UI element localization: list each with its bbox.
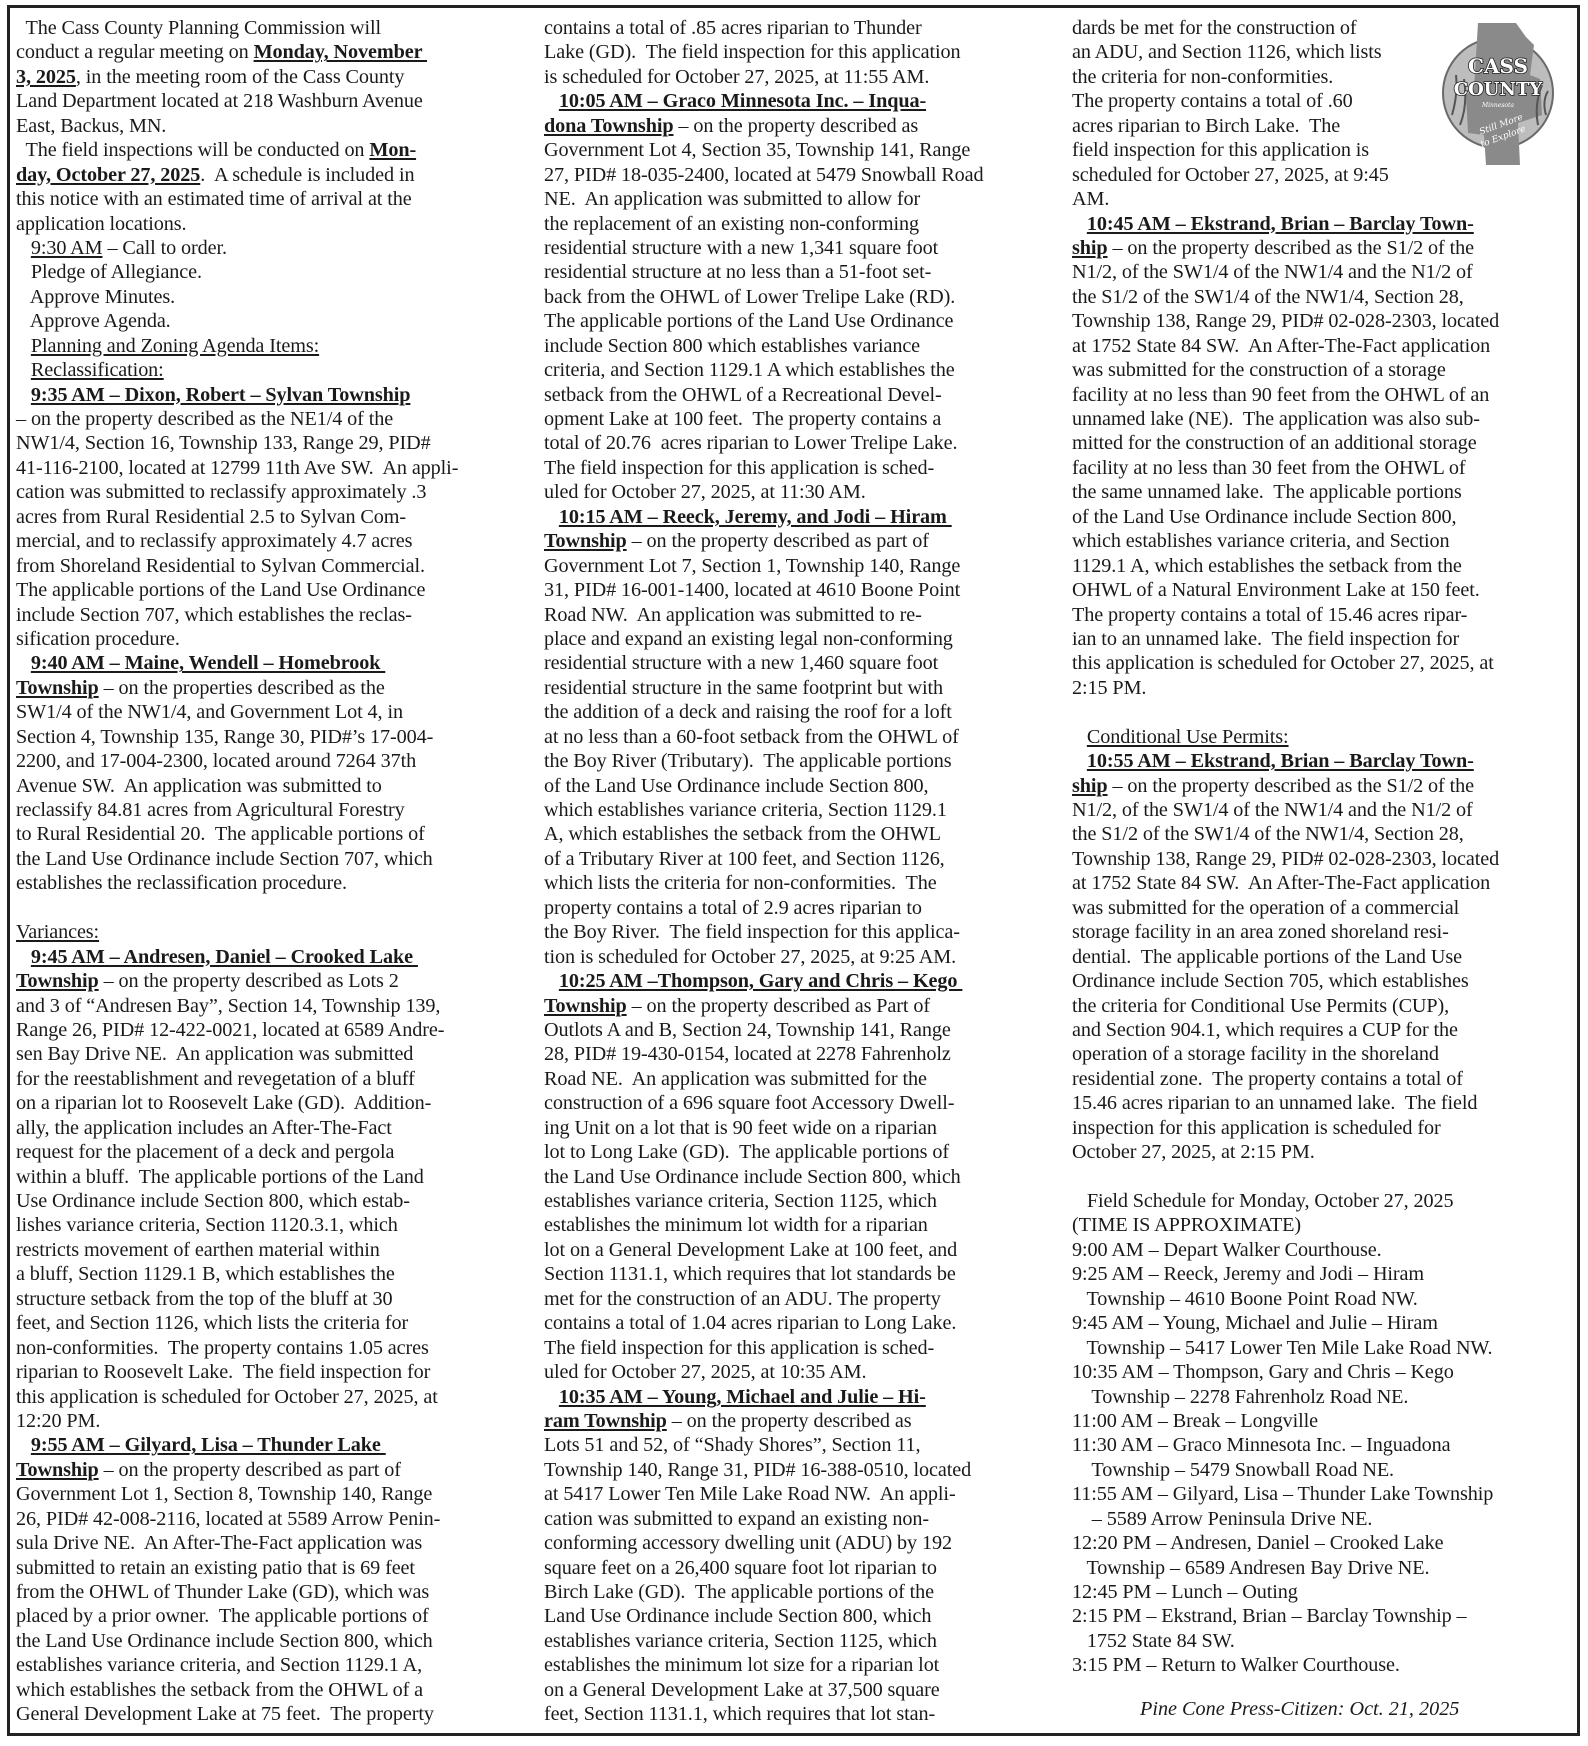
text-line: within a bluff. The applicable portions … [16, 1165, 532, 1189]
text-line: The field inspections will be conducted … [16, 138, 532, 162]
body-text [544, 90, 559, 112]
text-line: A, which establishes the setback from th… [544, 822, 1056, 846]
text-line: 11:30 AM – Graco Minnesota Inc. – Inguad… [1072, 1433, 1578, 1457]
text-line: 9:45 AM – Young, Michael and Julie – Hir… [1072, 1311, 1578, 1335]
body-text: SW1/4 of the NW1/4, and Government Lot 4… [16, 701, 403, 723]
body-text: – 5589 Arrow Peninsula Drive NE. [1072, 1508, 1372, 1530]
body-text: for the reestablishment and revegetation… [16, 1068, 415, 1090]
body-text: cation was submitted to reclassify appro… [16, 481, 426, 503]
text-line: the criteria for Conditional Use Permits… [1072, 994, 1578, 1018]
text-line: mitted for the construction of an additi… [1072, 431, 1578, 455]
body-text: which establishes variance criteria, and… [1072, 530, 1450, 552]
column-2: contains a total of .85 acres riparian t… [544, 16, 1056, 1727]
body-text: this notice with an estimated time of ar… [16, 188, 412, 210]
body-text: 9:25 AM – Reeck, Jeremy and Jodi – Hiram [1072, 1263, 1424, 1285]
text-line: a bluff, Section 1129.1 B, which establi… [16, 1262, 532, 1286]
body-text [16, 384, 31, 406]
text-line: Range 26, PID# 12-422-0021, located at 6… [16, 1018, 532, 1042]
body-text: Government Lot 4, Section 35, Township 1… [544, 139, 970, 161]
body-text: dential. The applicable portions of the … [1072, 946, 1462, 968]
agenda-item-heading: Monday, November [254, 41, 427, 63]
section-heading: 9:30 AM [31, 237, 103, 259]
body-text: – on the property described as the S1/2 … [1108, 237, 1474, 259]
text-line: 10:25 AM –Thompson, Gary and Chris – Keg… [544, 969, 1056, 993]
text-line: (TIME IS APPROXIMATE) [1072, 1213, 1578, 1237]
body-text: – on the properties described as the [99, 677, 385, 699]
body-text: sen Bay Drive NE. An application was sub… [16, 1043, 413, 1065]
body-text: on a riparian lot to Roosevelt Lake (GD)… [16, 1092, 431, 1114]
body-text: ian to an unnamed lake. The field inspec… [1072, 628, 1459, 650]
agenda-item-heading: Township [544, 995, 627, 1017]
body-text: The applicable portions of the Land Use … [16, 579, 425, 601]
body-text: 12:45 PM – Lunch – Outing [1072, 1581, 1298, 1603]
text-line: establishes the minimum lot width for a … [544, 1213, 1056, 1237]
body-text: (TIME IS APPROXIMATE) [1072, 1214, 1301, 1236]
agenda-item-heading: 9:55 AM – Gilyard, Lisa – Thunder Lake [31, 1434, 386, 1456]
body-text: – on the property described as Lots 2 [99, 970, 399, 992]
body-text: facility at no less than 90 feet from th… [1072, 384, 1489, 406]
text-line: ing Unit on a lot that is 90 feet wide o… [544, 1116, 1056, 1140]
agenda-item-heading: 9:45 AM – Andresen, Daniel – Crooked Lak… [31, 946, 418, 968]
text-line: for the reestablishment and revegetation… [16, 1067, 532, 1091]
text-line: back from the OHWL of Lower Trelipe Lake… [544, 285, 1056, 309]
body-text: include Section 707, which establishes t… [16, 604, 412, 626]
text-line: ian to an unnamed lake. The field inspec… [1072, 627, 1578, 651]
agenda-item-heading: 9:40 AM – Maine, Wendell – Homebrook [31, 652, 385, 674]
svg-text:COUNTY: COUNTY [1454, 79, 1544, 100]
body-text: Township 140, Range 31, PID# 16-388-0510… [544, 1459, 971, 1481]
text-line: day, October 27, 2025. A schedule is inc… [16, 163, 532, 187]
body-text: 11:30 AM – Graco Minnesota Inc. – Inguad… [1072, 1434, 1450, 1456]
body-text: a bluff, Section 1129.1 B, which establi… [16, 1263, 395, 1285]
text-line: 41-116-2100, located at 12799 11th Ave S… [16, 456, 532, 480]
text-line: construction of a 696 square foot Access… [544, 1091, 1056, 1115]
text-line: 1752 State 84 SW. [1072, 1629, 1578, 1653]
body-text: 9:45 AM – Young, Michael and Julie – Hir… [1072, 1312, 1438, 1334]
body-text: The property contains a total of .60 [1072, 90, 1353, 112]
agenda-item-heading: ship [1072, 775, 1108, 797]
text-line: inspection for this application is sched… [1072, 1116, 1578, 1140]
body-text: the S1/2 of the SW1/4 of the NW1/4, Sect… [1072, 823, 1464, 845]
agenda-item-heading: ship [1072, 237, 1108, 259]
text-line: which establishes the setback from the O… [16, 1678, 532, 1702]
text-line: Township – on the properties described a… [16, 676, 532, 700]
body-text: NW1/4, Section 16, Township 133, Range 2… [16, 432, 431, 454]
text-line: Government Lot 4, Section 35, Township 1… [544, 138, 1056, 162]
agenda-item-heading: Mon- [369, 139, 416, 161]
body-text: – on the property described as [673, 115, 918, 137]
text-line: Ordinance include Section 705, which est… [1072, 969, 1578, 993]
text-line: Avenue SW. An application was submitted … [16, 774, 532, 798]
body-text: 41-116-2100, located at 12799 11th Ave S… [16, 457, 458, 479]
text-line: at 1752 State 84 SW. An After-The-Fact a… [1072, 334, 1578, 358]
publication-credit: Pine Cone Press-Citizen: Oct. 21, 2025 [1140, 1697, 1459, 1721]
body-text: 10:35 AM – Thompson, Gary and Chris – Ke… [1072, 1361, 1454, 1383]
text-line: Use Ordinance include Section 800, which… [16, 1189, 532, 1213]
text-line: 9:55 AM – Gilyard, Lisa – Thunder Lake [16, 1433, 532, 1457]
agenda-item-heading: Township [16, 970, 99, 992]
body-text: A, which establishes the setback from th… [544, 823, 941, 845]
text-line: 3:15 PM – Return to Walker Courthouse. [1072, 1653, 1578, 1677]
text-line: SW1/4 of the NW1/4, and Government Lot 4… [16, 700, 532, 724]
text-line: Land Department located at 218 Washburn … [16, 89, 532, 113]
text-line: Township 138, Range 29, PID# 02-028-2303… [1072, 309, 1578, 333]
text-line: this application is scheduled for Octobe… [1072, 651, 1578, 675]
text-line: residential structure at no less than a … [544, 260, 1056, 284]
text-line: feet, Section 1131.1, which requires tha… [544, 1702, 1056, 1726]
body-text: the same unnamed lake. The applicable po… [1072, 481, 1462, 503]
body-text: 28, PID# 19-430-0154, located at 2278 Fa… [544, 1043, 951, 1065]
text-line: OHWL of a Natural Environment Lake at 15… [1072, 578, 1578, 602]
text-line: which establishes variance criteria, and… [1072, 529, 1578, 553]
text-line: 11:55 AM – Gilyard, Lisa – Thunder Lake … [1072, 1482, 1578, 1506]
text-line: 10:55 AM – Ekstrand, Brian – Barclay Tow… [1072, 749, 1578, 773]
text-line: Land Use Ordinance include Section 800, … [544, 1604, 1056, 1628]
text-line: establishes variance criteria, and Secti… [16, 1653, 532, 1677]
body-text: which lists the criteria for non-conform… [544, 872, 937, 894]
body-text: facility at no less than 30 feet from th… [1072, 457, 1466, 479]
text-line: establishes variance criteria, Section 1… [544, 1189, 1056, 1213]
text-line: the Boy River (Tributary). The applicabl… [544, 749, 1056, 773]
text-line: The Cass County Planning Commission will [16, 16, 532, 40]
body-text: Township – 5417 Lower Ten Mile Lake Road… [1072, 1337, 1492, 1359]
body-text [1072, 750, 1087, 772]
body-text: non-conformities. The property contains … [16, 1337, 429, 1359]
body-text: was submitted for the operation of a com… [1072, 897, 1459, 919]
body-text: Approve Agenda. [16, 310, 171, 332]
body-text: 2:15 PM. [1072, 677, 1146, 699]
text-line: storage facility in an area zoned shorel… [1072, 920, 1578, 944]
body-text: of the Land Use Ordinance include Sectio… [544, 775, 928, 797]
text-line: Approve Agenda. [16, 309, 532, 333]
text-line: 9:35 AM – Dixon, Robert – Sylvan Townshi… [16, 383, 532, 407]
body-text: reclassify 84.81 acres from Agricultural… [16, 799, 405, 821]
body-text: square feet on a 26,400 square foot lot … [544, 1557, 937, 1579]
text-line: opment Lake at 100 feet. The property co… [544, 407, 1056, 431]
body-text [544, 1386, 559, 1408]
body-text: operation of a storage facility in the s… [1072, 1043, 1439, 1065]
body-text [544, 506, 559, 528]
body-text: met for the construction of an ADU. The … [544, 1288, 941, 1310]
body-text: cation was submitted to expand an existi… [544, 1508, 929, 1530]
text-line: riparian to Roosevelt Lake. The field in… [16, 1360, 532, 1384]
body-text: lot to Long Lake (GD). The applicable po… [544, 1141, 949, 1163]
text-line: 3, 2025, in the meeting room of the Cass… [16, 65, 532, 89]
body-text: The field inspection for this applicatio… [544, 1337, 934, 1359]
body-text: an ADU, and Section 1126, which lists [1072, 41, 1382, 63]
body-text: unnamed lake (NE). The application was a… [1072, 408, 1480, 430]
text-line: cation was submitted to expand an existi… [544, 1507, 1056, 1531]
body-text: property contains a total of 2.9 acres r… [544, 897, 922, 919]
text-line: The applicable portions of the Land Use … [16, 578, 532, 602]
text-line: operation of a storage facility in the s… [1072, 1042, 1578, 1066]
body-text: contains a total of .85 acres riparian t… [544, 17, 922, 39]
body-text: The Cass County Planning Commission will [16, 17, 381, 39]
agenda-item-heading: 9:35 AM – Dixon, Robert – Sylvan Townshi… [31, 384, 411, 406]
body-text: establishes the minimum lot size for a r… [544, 1654, 939, 1676]
text-line: the S1/2 of the SW1/4 of the NW1/4, Sect… [1072, 285, 1578, 309]
text-line: Planning and Zoning Agenda Items: [16, 334, 532, 358]
body-text [16, 946, 31, 968]
agenda-item-heading: 3, 2025 [16, 66, 76, 88]
text-line: 10:05 AM – Graco Minnesota Inc. – Inqua- [544, 89, 1056, 113]
text-line: at 1752 State 84 SW. An After-The-Fact a… [1072, 871, 1578, 895]
body-text [16, 359, 31, 381]
text-line: Pledge of Allegiance. [16, 260, 532, 284]
text-line: contains a total of .85 acres riparian t… [544, 16, 1056, 40]
text-line: Conditional Use Permits: [1072, 725, 1578, 749]
body-text: is scheduled for October 27, 2025, at 11… [544, 66, 929, 88]
body-text: the Boy River (Tributary). The applicabl… [544, 750, 952, 772]
body-text: and Section 904.1, which requires a CUP … [1072, 1019, 1458, 1041]
body-text: lishes variance criteria, Section 1120.3… [16, 1214, 398, 1236]
body-text: acres riparian to Birch Lake. The [1072, 115, 1340, 137]
text-line: uled for October 27, 2025, at 11:30 AM. [544, 480, 1056, 504]
body-text: ing Unit on a lot that is 90 feet wide o… [544, 1117, 937, 1139]
body-text: Township – 5479 Snowball Road NE. [1072, 1459, 1394, 1481]
body-text: residential zone. The property contains … [1072, 1068, 1463, 1090]
text-line: tion is scheduled for October 27, 2025, … [544, 945, 1056, 969]
text-line: on a General Development Lake at 37,500 … [544, 1678, 1056, 1702]
text-line: place and expand an existing legal non-c… [544, 627, 1056, 651]
body-text: at 1752 State 84 SW. An After-The-Fact a… [1072, 872, 1490, 894]
body-text: scheduled for October 27, 2025, at 9:45 [1072, 164, 1389, 186]
text-line: criteria, and Section 1129.1 A which est… [544, 358, 1056, 382]
body-text: conforming accessory dwelling unit (ADU)… [544, 1532, 952, 1554]
body-text: the Land Use Ordinance include Section 8… [16, 1630, 433, 1652]
text-line: of a Tributary River at 100 feet, and Se… [544, 847, 1056, 871]
body-text: the replacement of an existing non-confo… [544, 213, 919, 235]
body-text: at 1752 State 84 SW. An After-The-Fact a… [1072, 335, 1490, 357]
body-text: The field inspection for this applicatio… [544, 457, 934, 479]
text-line: and Section 904.1, which requires a CUP … [1072, 1018, 1578, 1042]
body-text: General Development Lake at 75 feet. The… [16, 1703, 434, 1725]
body-text: the Boy River. The field inspection for … [544, 921, 960, 943]
agenda-item-heading: 10:15 AM – Reeck, Jeremy, and Jodi – Hir… [559, 506, 952, 528]
text-line: include Section 707, which establishes t… [16, 603, 532, 627]
text-line: include Section 800 which establishes va… [544, 334, 1056, 358]
body-text: – on the property described as part of [99, 1459, 401, 1481]
body-text: to Rural Residential 20. The applicable … [16, 823, 425, 845]
body-text: setback from the OHWL of a Recreational … [544, 384, 942, 406]
text-line: submitted to retain an existing patio th… [16, 1556, 532, 1580]
text-line: N1/2, of the SW1/4 of the NW1/4 and the … [1072, 798, 1578, 822]
body-text: , in the meeting room of the Cass County [76, 66, 405, 88]
text-line: Township – 5479 Snowball Road NE. [1072, 1458, 1578, 1482]
text-line: 27, PID# 18-035-2400, located at 5479 Sn… [544, 163, 1056, 187]
text-line: on a riparian lot to Roosevelt Lake (GD)… [16, 1091, 532, 1115]
text-line: setback from the OHWL of a Recreational … [544, 383, 1056, 407]
body-text: criteria, and Section 1129.1 A which est… [544, 359, 955, 381]
text-line: facility at no less than 30 feet from th… [1072, 456, 1578, 480]
body-text: was submitted for the construction of a … [1072, 359, 1446, 381]
body-text: inspection for this application is sched… [1072, 1117, 1441, 1139]
body-text: on a General Development Lake at 37,500 … [544, 1679, 940, 1701]
text-line: 12:20 PM. [16, 1409, 532, 1433]
body-text: Section 1131.1, which requires that lot … [544, 1263, 956, 1285]
text-line: 10:35 AM – Young, Michael and Julie – Hi… [544, 1385, 1056, 1409]
body-text: Approve Minutes. [16, 286, 175, 308]
text-line: structure setback from the top of the bl… [16, 1287, 532, 1311]
body-text: application locations. [16, 213, 186, 235]
text-line: 26, PID# 42-008-2116, located at 5589 Ar… [16, 1507, 532, 1531]
body-text: establishes variance criteria, Section 1… [544, 1630, 937, 1652]
body-text: establishes the minimum lot width for a … [544, 1214, 928, 1236]
text-line: Approve Minutes. [16, 285, 532, 309]
body-text: – on the property described as Part of [627, 995, 930, 1017]
body-text [16, 237, 31, 259]
text-line: at no less than a 60-foot setback from t… [544, 725, 1056, 749]
text-line: Township – on the property described as … [16, 969, 532, 993]
text-line: was submitted for the construction of a … [1072, 358, 1578, 382]
section-heading: Variances: [16, 921, 99, 943]
body-text: which establishes the setback from the O… [16, 1679, 423, 1701]
body-text: – on the property described as [667, 1410, 912, 1432]
body-text: N1/2, of the SW1/4 of the NW1/4 and the … [1072, 799, 1473, 821]
body-text: Avenue SW. An application was submitted … [16, 775, 382, 797]
agenda-item-heading: 10:45 AM – Ekstrand, Brian – Barclay Tow… [1087, 213, 1474, 235]
body-text [16, 1434, 31, 1456]
body-text: at 5417 Lower Ten Mile Lake Road NW. An … [544, 1483, 956, 1505]
body-text: – on the property described as part of [627, 530, 929, 552]
text-line: 12:45 PM – Lunch – Outing [1072, 1580, 1578, 1604]
text-line: sen Bay Drive NE. An application was sub… [16, 1042, 532, 1066]
body-text: 12:20 PM. [16, 1410, 100, 1432]
body-text: OHWL of a Natural Environment Lake at 15… [1072, 579, 1480, 601]
text-line: the addition of a deck and raising the r… [544, 700, 1056, 724]
body-text: placed by a prior owner. The applicable … [16, 1605, 429, 1627]
text-line: Section 1131.1, which requires that lot … [544, 1262, 1056, 1286]
body-text: Use Ordinance include Section 800, which… [16, 1190, 410, 1212]
body-text: from Shoreland Residential to Sylvan Com… [16, 555, 425, 577]
text-line: 2:15 PM – Ekstrand, Brian – Barclay Town… [1072, 1604, 1578, 1628]
body-text: contains a total of 1.04 acres riparian … [544, 1312, 956, 1334]
body-text: field inspection for this application is [1072, 139, 1369, 161]
text-line: Lots 51 and 52, of “Shady Shores”, Secti… [544, 1433, 1056, 1457]
text-line: which lists the criteria for non-conform… [544, 871, 1056, 895]
body-text: Land Department located at 218 Washburn … [16, 90, 423, 112]
body-text: of a Tributary River at 100 feet, and Se… [544, 848, 945, 870]
body-text: request for the placement of a deck and … [16, 1141, 394, 1163]
text-line: the replacement of an existing non-confo… [544, 212, 1056, 236]
body-text: October 27, 2025, at 2:15 PM. [1072, 1141, 1315, 1163]
agenda-item-heading: Township [16, 677, 99, 699]
body-text: back from the OHWL of Lower Trelipe Lake… [544, 286, 955, 308]
body-text: feet, Section 1131.1, which requires tha… [544, 1703, 935, 1725]
svg-text:Minnesota: Minnesota [1481, 102, 1514, 109]
text-line: facility at no less than 90 feet from th… [1072, 383, 1578, 407]
text-line: request for the placement of a deck and … [16, 1140, 532, 1164]
body-text: this application is scheduled for Octobe… [16, 1386, 438, 1408]
agenda-item-heading: Township [544, 530, 627, 552]
body-text: The property contains a total of 15.46 a… [1072, 604, 1467, 626]
text-line: reclassify 84.81 acres from Agricultural… [16, 798, 532, 822]
text-line: 10:35 AM – Thompson, Gary and Chris – Ke… [1072, 1360, 1578, 1384]
body-text: 1129.1 A, which establishes the setback … [1072, 555, 1462, 577]
text-line: dential. The applicable portions of the … [1072, 945, 1578, 969]
body-text: at no less than a 60-foot setback from t… [544, 726, 959, 748]
text-line: the Land Use Ordinance include Section 8… [544, 1165, 1056, 1189]
text-line: The field inspection for this applicatio… [544, 1336, 1056, 1360]
text-line: unnamed lake (NE). The application was a… [1072, 407, 1578, 431]
body-text: 27, PID# 18-035-2400, located at 5479 Sn… [544, 164, 984, 186]
body-text: establishes the reclassification procedu… [16, 872, 347, 894]
text-line: – 5589 Arrow Peninsula Drive NE. [1072, 1507, 1578, 1531]
body-text: 1752 State 84 SW. [1072, 1630, 1235, 1652]
text-line [1072, 700, 1578, 724]
text-line: 28, PID# 19-430-0154, located at 2278 Fa… [544, 1042, 1056, 1066]
text-line: uled for October 27, 2025, at 10:35 AM. [544, 1360, 1056, 1384]
body-text: mitted for the construction of an additi… [1072, 432, 1477, 454]
text-line: – on the property described as the NE1/4… [16, 407, 532, 431]
body-text: riparian to Roosevelt Lake. The field in… [16, 1361, 430, 1383]
body-text: conduct a regular meeting on [16, 41, 254, 63]
text-line: 9:00 AM – Depart Walker Courthouse. [1072, 1238, 1578, 1262]
text-line: 1129.1 A, which establishes the setback … [1072, 554, 1578, 578]
text-line: this notice with an estimated time of ar… [16, 187, 532, 211]
body-text [16, 652, 31, 674]
text-line: Road NW. An application was submitted to… [544, 603, 1056, 627]
body-text: and 3 of “Andresen Bay”, Section 14, Tow… [16, 995, 440, 1017]
text-line: lishes variance criteria, Section 1120.3… [16, 1213, 532, 1237]
text-line: lot to Long Lake (GD). The applicable po… [544, 1140, 1056, 1164]
body-text: Land Use Ordinance include Section 800, … [544, 1605, 931, 1627]
body-text: 11:55 AM – Gilyard, Lisa – Thunder Lake … [1072, 1483, 1493, 1505]
text-line: Township – 4610 Boone Point Road NW. [1072, 1287, 1578, 1311]
text-line: dona Township – on the property describe… [544, 114, 1056, 138]
text-line: the Boy River. The field inspection for … [544, 920, 1056, 944]
body-text: include Section 800 which establishes va… [544, 335, 920, 357]
body-text: 26, PID# 42-008-2116, located at 5589 Ar… [16, 1508, 440, 1530]
column-1: The Cass County Planning Commission will… [16, 16, 532, 1727]
body-text: 9:00 AM – Depart Walker Courthouse. [1072, 1239, 1382, 1261]
text-line: the same unnamed lake. The applicable po… [1072, 480, 1578, 504]
text-line: the Land Use Ordinance include Section 8… [16, 1629, 532, 1653]
text-line: AM. [1072, 187, 1578, 211]
section-heading: Planning and Zoning Agenda Items: [31, 335, 319, 357]
text-line: The field inspection for this applicatio… [544, 456, 1056, 480]
body-text: feet, and Section 1126, which lists the … [16, 1312, 408, 1334]
text-line: Birch Lake (GD). The applicable portions… [544, 1580, 1056, 1604]
text-line: ship – on the property described as the … [1072, 774, 1578, 798]
text-line: acres from Rural Residential 2.5 to Sylv… [16, 505, 532, 529]
body-text: submitted to retain an existing patio th… [16, 1557, 415, 1579]
text-line: 12:20 PM – Andresen, Daniel – Crooked La… [1072, 1531, 1578, 1555]
text-line: Government Lot 7, Section 1, Township 14… [544, 554, 1056, 578]
text-line: the S1/2 of the SW1/4 of the NW1/4, Sect… [1072, 822, 1578, 846]
text-line: NE. An application was submitted to allo… [544, 187, 1056, 211]
text-line: residential structure with a new 1,341 s… [544, 236, 1056, 260]
body-text: establishes variance criteria, Section 1… [544, 1190, 937, 1212]
text-line: restricts movement of earthen material w… [16, 1238, 532, 1262]
body-text: The applicable portions of the Land Use … [544, 310, 953, 332]
text-line: contains a total of 1.04 acres riparian … [544, 1311, 1056, 1335]
text-line: is scheduled for October 27, 2025, at 11… [544, 65, 1056, 89]
body-text: the S1/2 of the SW1/4 of the NW1/4, Sect… [1072, 286, 1464, 308]
agenda-item-heading: 10:25 AM –Thompson, Gary and Chris – Keg… [559, 970, 963, 992]
text-line: Reclassification: [16, 358, 532, 382]
body-text: the criteria for non-conformities. [1072, 66, 1333, 88]
text-line: non-conformities. The property contains … [16, 1336, 532, 1360]
body-text: opment Lake at 100 feet. The property co… [544, 408, 941, 430]
text-line: Government Lot 1, Section 8, Township 14… [16, 1482, 532, 1506]
body-text: Range 26, PID# 12-422-0021, located at 6… [16, 1019, 444, 1041]
body-text: acres from Rural Residential 2.5 to Sylv… [16, 506, 406, 528]
text-line: sification procedure. [16, 627, 532, 651]
column-3: dards be met for the construction ofan A… [1072, 16, 1578, 1678]
text-line: 31, PID# 16-001-1400, located at 4610 Bo… [544, 578, 1056, 602]
agenda-item-heading: Township [16, 1459, 99, 1481]
